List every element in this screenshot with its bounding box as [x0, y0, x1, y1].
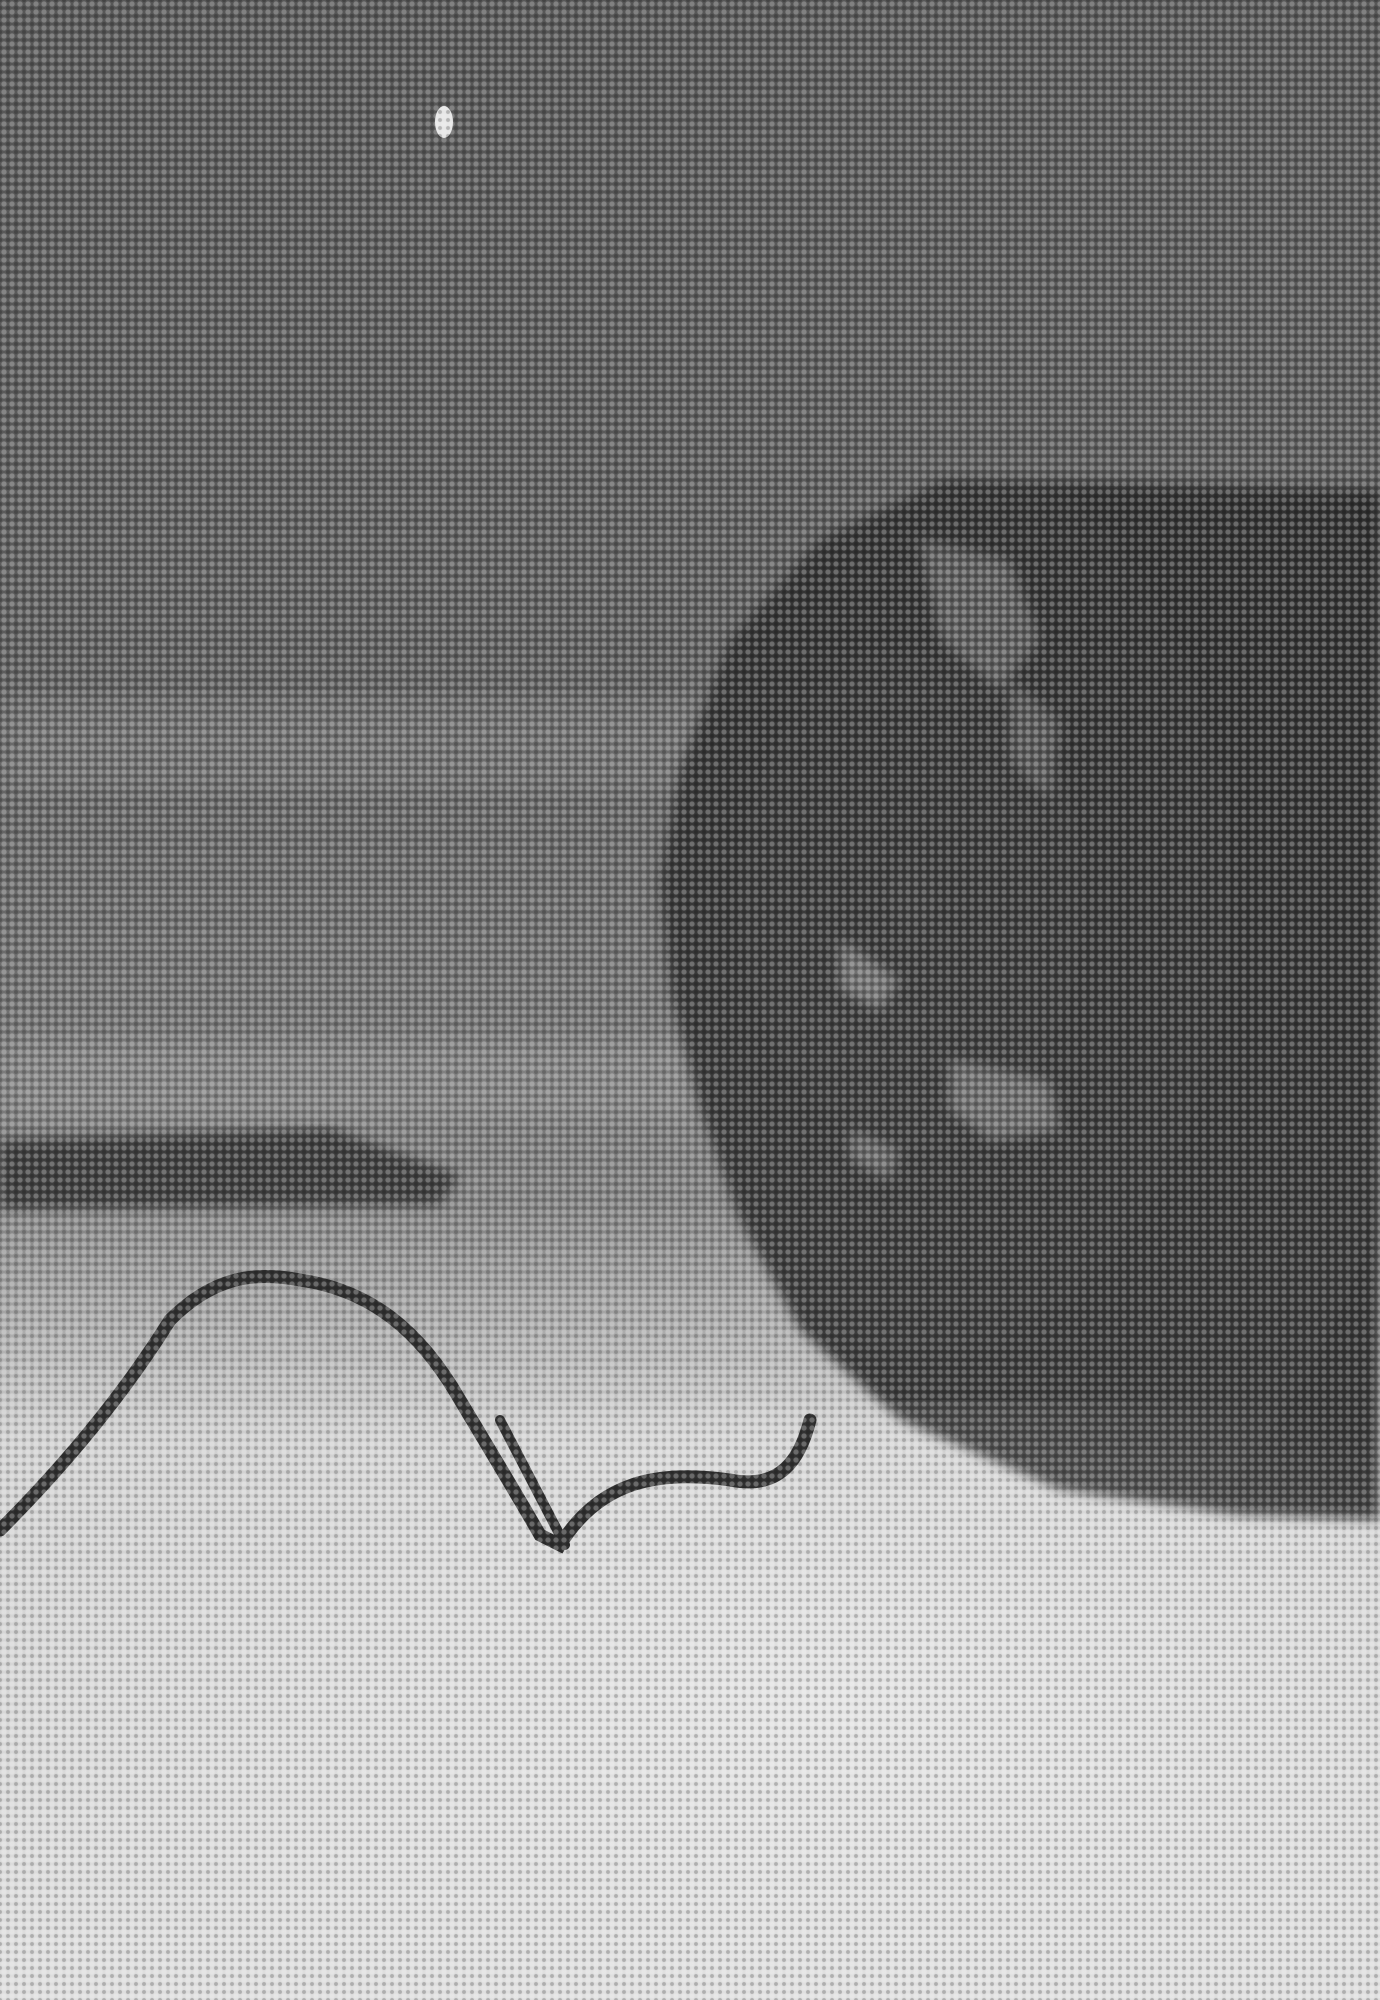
bright-speck [435, 106, 453, 138]
halftone-photograph [0, 0, 1380, 2000]
photo-scene [0, 0, 1380, 2000]
shoreline-band [0, 1040, 760, 1120]
foreground-glow [0, 1400, 1380, 2000]
horizon-band [0, 700, 720, 790]
